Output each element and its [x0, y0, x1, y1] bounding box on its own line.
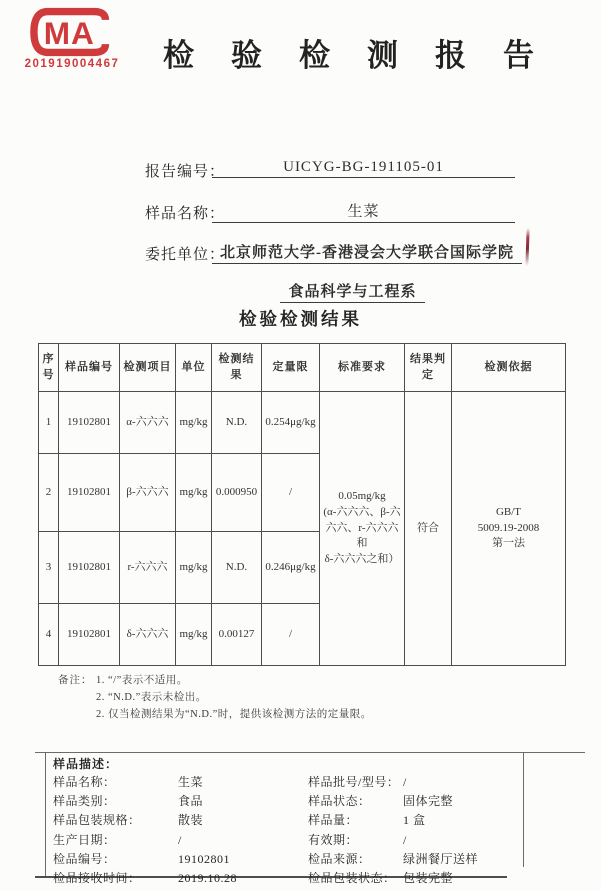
cell-sample-no: 19102801	[59, 532, 120, 604]
cell-standard-requirement: 0.05mg/kg (α-六六六、β-六 六六、r-六六六和 δ-六六六之和）	[320, 392, 405, 666]
cell-item: δ-六六六	[120, 604, 176, 666]
cell-unit: mg/kg	[176, 604, 212, 666]
cell-sample-no: 19102801	[59, 392, 120, 454]
desc-value: 1 盒	[403, 811, 426, 830]
cell-loq: /	[262, 454, 320, 532]
desc-value: /	[403, 773, 407, 792]
cell-loq: 0.254μg/kg	[262, 392, 320, 454]
desc-row: 检品包装状态： 包装完整	[308, 869, 518, 888]
desc-label: 样品状态：	[308, 792, 403, 811]
cell-unit: mg/kg	[176, 532, 212, 604]
cell-unit: mg/kg	[176, 454, 212, 532]
desc-value: 绿洲餐厅送样	[403, 850, 478, 869]
desc-value: 固体完整	[403, 792, 453, 811]
cell-index: 2	[39, 454, 59, 532]
desc-value: 19102801	[178, 850, 230, 869]
svg-text:MA: MA	[44, 15, 95, 51]
table-row: 1 19102801 α-六六六 mg/kg N.D. 0.254μg/kg 0…	[39, 392, 566, 454]
cell-sample-no: 19102801	[59, 454, 120, 532]
desc-label: 样品包装规格：	[53, 811, 178, 830]
cell-item: α-六六六	[120, 392, 176, 454]
desc-value: 2019.10.28	[178, 869, 237, 888]
desc-label: 样品批号/型号：	[308, 773, 403, 792]
desc-label: 检品来源：	[308, 850, 403, 869]
cell-item: r-六六六	[120, 532, 176, 604]
note-item: 2. “N.D.”表示未检出。	[96, 689, 372, 706]
col-header-item: 检测项目	[120, 344, 176, 392]
desc-row: 检品来源： 绿洲餐厅送样	[308, 850, 518, 869]
sample-description-section: 样品描述： 样品名称： 生菜 样品类别： 食品 样品包装规格： 散装 生产日期：…	[53, 756, 518, 888]
col-header-standard: 标准要求	[320, 344, 405, 392]
report-no-value: UICYG-BG-191105-01	[212, 159, 515, 178]
desc-row: 样品量： 1 盒	[308, 811, 518, 830]
col-header-result: 检测结果	[212, 344, 262, 392]
col-header-unit: 单位	[176, 344, 212, 392]
inspection-report-page: { "logo": { "mark": "MA", "number": "201…	[0, 0, 601, 890]
desc-label: 检品接收时间：	[53, 869, 178, 888]
notes-block: 备注： 1. “/”表示不适用。 2. “N.D.”表示未检出。 2. 仅当检测…	[58, 672, 372, 723]
desc-row: 有效期： /	[308, 831, 518, 850]
cell-unit: mg/kg	[176, 392, 212, 454]
col-header-sample-no: 样品编号	[59, 344, 120, 392]
cell-result: 0.00127	[212, 604, 262, 666]
cell-method: GB/T 5009.19-2008 第一法	[452, 392, 566, 666]
cell-verdict: 符合	[405, 392, 452, 666]
desc-value: 散装	[178, 811, 203, 830]
cell-index: 3	[39, 532, 59, 604]
cell-item: β-六六六	[120, 454, 176, 532]
desc-row: 检品接收时间： 2019.10.28	[53, 869, 308, 888]
cma-stamp: MA 201919004467	[20, 6, 124, 70]
cell-loq: /	[262, 604, 320, 666]
client-value-line2: 食品科学与工程系	[280, 280, 425, 303]
cell-result: N.D.	[212, 532, 262, 604]
desc-box-right-border	[523, 752, 524, 867]
desc-value: /	[178, 831, 182, 850]
cell-index: 4	[39, 604, 59, 666]
sample-desc-left-column: 样品名称： 生菜 样品类别： 食品 样品包装规格： 散装 生产日期： / 检品编…	[53, 773, 308, 888]
cell-result: N.D.	[212, 392, 262, 454]
cma-certificate-number: 201919004467	[20, 58, 124, 70]
note-item: 1. “/”表示不适用。	[96, 672, 372, 689]
desc-row: 样品类别： 食品	[53, 792, 308, 811]
desc-label: 生产日期：	[53, 831, 178, 850]
desc-label: 样品类别：	[53, 792, 178, 811]
desc-row: 样品状态： 固体完整	[308, 792, 518, 811]
results-heading: 检验检测结果	[0, 306, 601, 331]
report-title: 检 验 检 测 报 告	[135, 30, 565, 75]
cell-sample-no: 19102801	[59, 604, 120, 666]
desc-row: 样品包装规格： 散装	[53, 811, 308, 830]
col-header-loq: 定量限	[262, 344, 320, 392]
desc-label: 有效期：	[308, 831, 403, 850]
desc-label: 检品包装状态：	[308, 869, 403, 888]
desc-box-top-border	[35, 752, 585, 753]
desc-label: 样品名称：	[53, 773, 178, 792]
col-header-method: 检测依据	[452, 344, 566, 392]
sample-name-value: 生菜	[212, 200, 515, 223]
desc-label: 检品编号：	[53, 850, 178, 869]
table-header-row: 序号 样品编号 检测项目 单位 检测结果 定量限 标准要求 结果判定 检测依据	[39, 344, 566, 392]
col-header-verdict: 结果判定	[405, 344, 452, 392]
desc-value: 生菜	[178, 773, 203, 792]
sample-desc-heading: 样品描述：	[53, 756, 518, 773]
cell-index: 1	[39, 392, 59, 454]
notes-label: 备注：	[58, 672, 96, 723]
cma-logo-icon: MA	[24, 6, 120, 58]
desc-label: 样品量：	[308, 811, 403, 830]
desc-row: 样品名称： 生菜	[53, 773, 308, 792]
cell-loq: 0.246μg/kg	[262, 532, 320, 604]
desc-box-left-border	[45, 752, 46, 878]
results-table: 序号 样品编号 检测项目 单位 检测结果 定量限 标准要求 结果判定 检测依据 …	[38, 343, 566, 666]
desc-value: /	[403, 831, 407, 850]
note-item: 2. 仅当检测结果为“N.D.”时，提供该检测方法的定量限。	[96, 706, 372, 723]
desc-value: 包装完整	[403, 869, 453, 888]
desc-value: 食品	[178, 792, 203, 811]
desc-row: 生产日期： /	[53, 831, 308, 850]
desc-row: 样品批号/型号： /	[308, 773, 518, 792]
desc-row: 检品编号： 19102801	[53, 850, 308, 869]
col-header-index: 序号	[39, 344, 59, 392]
client-value-line1: 北京师范大学-香港浸会大学联合国际学院	[212, 241, 522, 264]
sample-desc-right-column: 样品批号/型号： / 样品状态： 固体完整 样品量： 1 盒 有效期： / 检品…	[308, 773, 518, 888]
cell-result: 0.000950	[212, 454, 262, 532]
red-pen-mark	[525, 228, 529, 266]
